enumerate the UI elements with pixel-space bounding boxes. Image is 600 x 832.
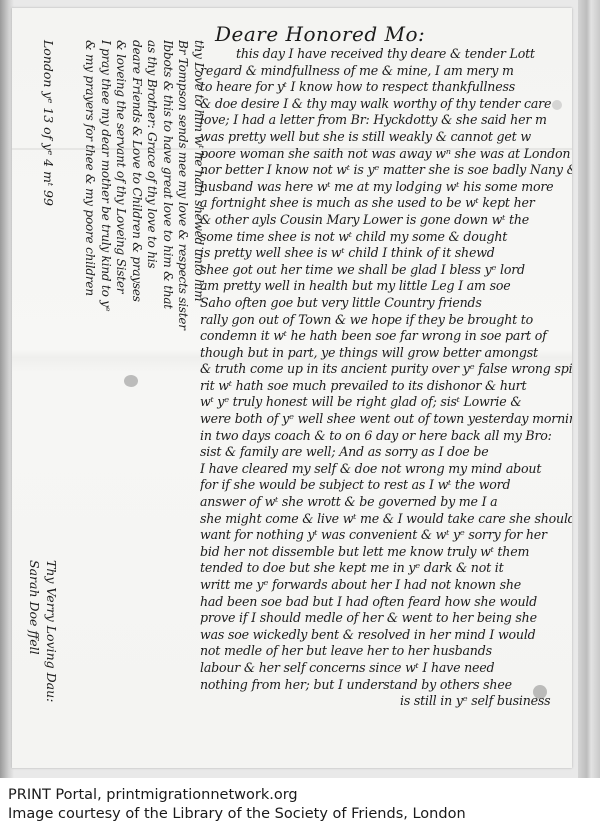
- body-line: some time shee is not wᵗ child my some &…: [200, 229, 572, 246]
- binding-strip: [578, 0, 600, 778]
- body-line: & doe desire I & thy may walk worthy of …: [200, 96, 572, 113]
- body-line: tended to doe but she kept me in yᵉ dark…: [200, 560, 572, 577]
- body-line: rit wᵗ hath soe much prevailed to its di…: [200, 378, 572, 395]
- ink-stain: [124, 375, 138, 387]
- signature-block: Thy Verry Loving Dau: Sarah Doe ffell: [26, 560, 60, 702]
- margin-line: & my prayers for thee & my poore childre…: [82, 40, 98, 740]
- body-line: regard & mindfullness of me & mine, I am…: [200, 63, 572, 80]
- body-line: prove if I should medle of her & went to…: [200, 610, 572, 627]
- margin-line: Ibbots & this to have great love to him …: [160, 40, 176, 740]
- body-line: had been soe bad but I had often feard h…: [200, 594, 572, 611]
- body-line: was pretty well but she is still weakly …: [200, 129, 572, 146]
- body-line: not medle of her but leave her to her hu…: [200, 643, 572, 660]
- body-line: & truth come up in its ancient purity ov…: [200, 361, 572, 378]
- body-line: she might come & live wᵗ me & I would ta…: [200, 511, 572, 528]
- ink-stain: [533, 685, 547, 699]
- body-line: in two days coach & to on 6 day or here …: [200, 428, 572, 445]
- body-line: nothing from her; but I understand by ot…: [200, 677, 572, 694]
- margin-line: thy Love to him wᵗ he hath shewed unto h…: [191, 40, 207, 740]
- body-line: answer of wᵗ she wrott & be governed by …: [200, 494, 572, 511]
- signature-name: Sarah Doe ffell: [26, 560, 43, 702]
- salutation: Deare Honored Mo:: [215, 22, 425, 46]
- body-line: nor better I know not wᵗ is yᵉ matter sh…: [200, 162, 572, 179]
- body-line: this day I have received thy deare & ten…: [200, 46, 572, 63]
- margin-postscript: thy Love to him wᵗ he hath shewed unto h…: [56, 40, 206, 740]
- body-line: poore woman she saith not was away wⁿ sh…: [200, 146, 572, 163]
- body-line: to heare for yᵗ I know how to respect th…: [200, 79, 572, 96]
- body-line: though but in part, ye things will grow …: [200, 345, 572, 362]
- body-line: was soe wickedly bent & resolved in her …: [200, 627, 572, 644]
- body-line: shee got out her time we shall be glad I…: [200, 262, 572, 279]
- image-caption: PRINT Portal, printmigrationnetwork.org …: [8, 786, 466, 824]
- letter-body: this day I have received thy deare & ten…: [200, 46, 572, 710]
- body-line: is still in yᵉ self business: [200, 693, 572, 710]
- body-line: am pretty well in health but my little L…: [200, 278, 572, 295]
- margin-line: Br Tompson sends mee my love & respects …: [175, 40, 191, 740]
- body-line: were both of yᵉ well shee went out of to…: [200, 411, 572, 428]
- body-line: rally gon out of Town & we hope if they …: [200, 312, 572, 329]
- margin-line: deare Friends & Love to Children & prays…: [129, 40, 145, 740]
- body-line: Saho often goe but very little Country f…: [200, 295, 572, 312]
- body-line: sist & family are well; And as sorry as …: [200, 444, 572, 461]
- caption-source: PRINT Portal, printmigrationnetwork.org: [8, 786, 466, 805]
- body-line: for if she would be subject to rest as I…: [200, 477, 572, 494]
- margin-line: & loveing the servant of thy Loveing Sis…: [113, 40, 129, 740]
- margin-line: as thy Brother: Grace of thy love to his: [144, 40, 160, 740]
- body-line: writt me yᵉ forwards about her I had not…: [200, 577, 572, 594]
- scanned-manuscript: Deare Honored Mo: this day I have receiv…: [0, 0, 600, 778]
- body-line: I have cleared my self & doe not wrong m…: [200, 461, 572, 478]
- body-line: condemn it wᵗ he hath been soe far wrong…: [200, 328, 572, 345]
- body-line: & other ayls Cousin Mary Lower is gone d…: [200, 212, 572, 229]
- caption-credit: Image courtesy of the Library of the Soc…: [8, 805, 466, 824]
- body-line: love; I had a letter from Br: Hyckdotty …: [200, 112, 572, 129]
- body-line: wᵗ yᵉ truly honest will be right glad of…: [200, 394, 572, 411]
- ink-stain: [552, 100, 562, 110]
- body-line: want for nothing yᵗ was convenient & wᵗ …: [200, 527, 572, 544]
- body-line: a fortnight shee is much as she used to …: [200, 195, 572, 212]
- margin-line: I pray thee my dear mother be truly kind…: [98, 40, 114, 740]
- dateline: London yᵉ 13 of yᵉ 4 mᵗ 99: [41, 40, 56, 206]
- body-line: husband was here wᵗ me at my lodging wᵗ …: [200, 179, 572, 196]
- signature-closing: Thy Verry Loving Dau:: [43, 560, 60, 702]
- body-line: bid her not dissemble but lett me know t…: [200, 544, 572, 561]
- body-line: is pretty well shee is wᵗ child I think …: [200, 245, 572, 262]
- body-line: labour & her self concerns since wᵗ I ha…: [200, 660, 572, 677]
